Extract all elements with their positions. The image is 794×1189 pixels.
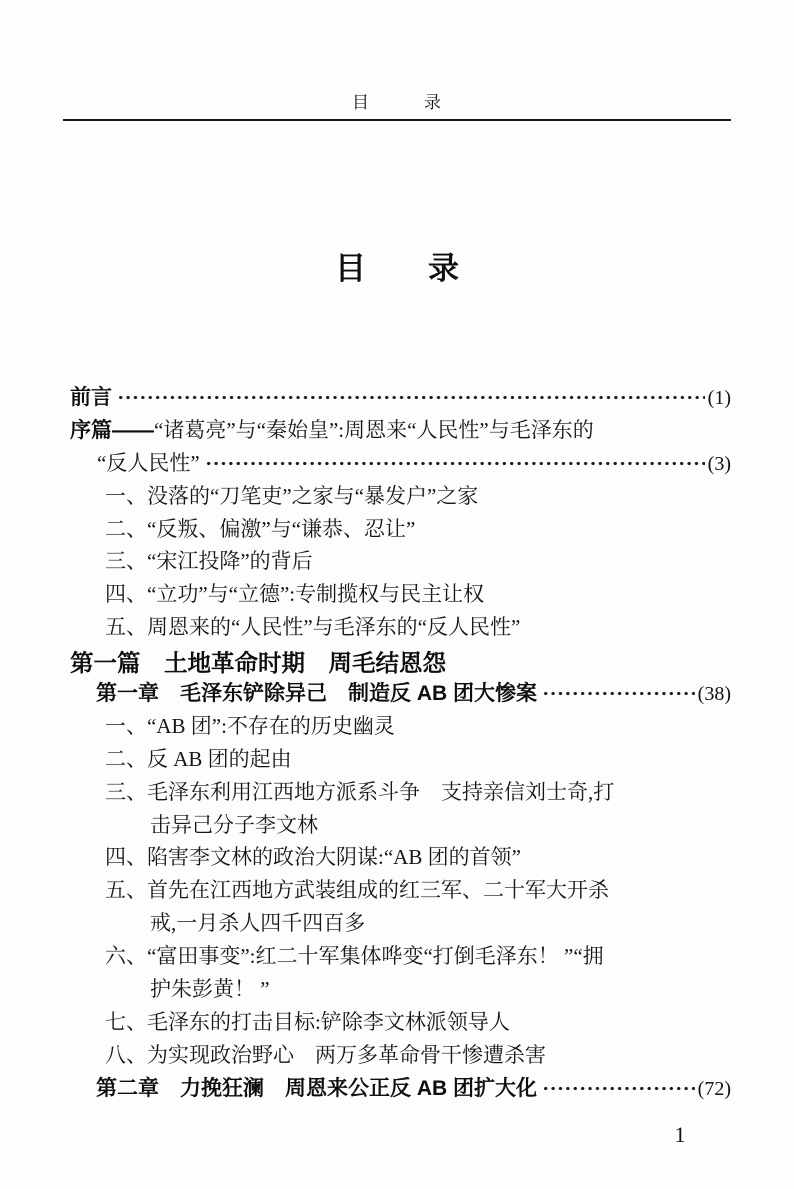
- toc-entry-20: 八、为实现政治野心 两万多革命骨干惨遭杀害: [70, 1039, 731, 1072]
- toc-entry-text: 八、为实现政治野心 两万多革命骨干惨遭杀害: [105, 1039, 546, 1069]
- toc-page-ref: (38): [698, 683, 731, 706]
- toc-entry-7: 五、周恩来的“人民性”与毛泽东的“反人民性”: [70, 611, 731, 644]
- toc-entry-text: 护朱彭黄！ ”: [150, 973, 270, 1003]
- toc-entry-16: 戒,一月杀人四千四百多: [70, 907, 731, 940]
- toc-entry-text: 五、周恩来的“人民性”与毛泽东的“反人民性”: [105, 611, 520, 641]
- toc-entry-11: 二、反 AB 团的起由: [70, 743, 731, 776]
- toc-entry-19: 七、毛泽东的打击目标:铲除李文林派领导人: [70, 1006, 731, 1039]
- toc-entry-21: 第二章 力挽狂澜 周恩来公正反 AB 团扩大化 (72): [70, 1072, 731, 1105]
- toc-entry-18: 护朱彭黄！ ”: [70, 973, 731, 1006]
- toc-entry-text: 戒,一月杀人四千四百多: [150, 907, 365, 937]
- page-number: 1: [655, 1122, 705, 1148]
- toc-page-ref: (3): [708, 453, 731, 476]
- toc-page-ref: (1): [708, 387, 731, 410]
- toc-entry-heading: 第二章 力挽狂澜 周恩来公正反 AB 团扩大化: [96, 1072, 537, 1102]
- toc-entry-text: “反人民性”: [97, 447, 200, 477]
- toc-entry-heading: 前言: [70, 381, 112, 411]
- toc-entry-text: 一、“AB 团”:不存在的历史幽灵: [105, 710, 395, 740]
- toc-entry-3: 一、没落的“刀笔吏”之家与“暴发户”之家: [70, 480, 731, 513]
- dot-leader: [542, 687, 695, 700]
- dot-leader: [542, 1082, 695, 1095]
- toc-entry-heading: 第一篇 土地革命时期 周毛结恩怨: [70, 644, 446, 678]
- toc-entry-0: 前言 (1): [70, 381, 731, 414]
- toc-entry-heading: 序篇——: [70, 414, 154, 444]
- running-header-title: 目 录: [0, 88, 794, 113]
- dot-leader: [205, 457, 705, 470]
- toc-entry-text: “诸葛亮”与“秦始皇”:周恩来“人民性”与毛泽东的: [154, 414, 594, 444]
- toc-entry-text: 一、没落的“刀笔吏”之家与“暴发户”之家: [105, 480, 478, 510]
- toc-entry-text: 二、反 AB 团的起由: [105, 743, 292, 773]
- dot-leader: [117, 391, 705, 404]
- toc-entry-8: 第一篇 土地革命时期 周毛结恩怨: [70, 644, 731, 677]
- toc-entry-2: “反人民性” (3): [70, 447, 731, 480]
- toc-entry-text: 六、“富田事变”:红二十军集体哗变“打倒毛泽东！ ”“拥: [105, 940, 604, 970]
- toc-entry-text: 四、“立功”与“立德”:专制揽权与民主让权: [105, 578, 484, 608]
- toc-entry-9: 第一章 毛泽东铲除异己 制造反 AB 团大惨案 (38): [70, 677, 731, 710]
- toc-entry-15: 五、首先在江西地方武装组成的红三军、二十军大开杀: [70, 874, 731, 907]
- toc-entry-text: 击异己分子李文林: [150, 809, 318, 839]
- toc-entry-12: 三、毛泽东利用江西地方派系斗争 支持亲信刘士奇,打: [70, 776, 731, 809]
- book-toc-page: 目 录 目 录 前言 (1) 序篇—— “诸葛亮”与“秦始皇”:周恩来“人民性”…: [0, 0, 794, 1189]
- toc-page-ref: (72): [698, 1078, 731, 1101]
- toc-entry-text: 三、毛泽东利用江西地方派系斗争 支持亲信刘士奇,打: [105, 776, 614, 806]
- toc-entry-6: 四、“立功”与“立德”:专制揽权与民主让权: [70, 578, 731, 611]
- toc-entry-text: 二、“反叛、偏激”与“谦恭、忍让”: [105, 513, 415, 543]
- toc-entry-13: 击异己分子李文林: [70, 809, 731, 842]
- toc-list: 前言 (1) 序篇—— “诸葛亮”与“秦始皇”:周恩来“人民性”与毛泽东的 “反…: [70, 381, 731, 1105]
- toc-entry-4: 二、“反叛、偏激”与“谦恭、忍让”: [70, 513, 731, 546]
- toc-entry-10: 一、“AB 团”:不存在的历史幽灵: [70, 710, 731, 743]
- toc-entry-text: 五、首先在江西地方武装组成的红三军、二十军大开杀: [105, 874, 609, 904]
- toc-entry-17: 六、“富田事变”:红二十军集体哗变“打倒毛泽东！ ”“拥: [70, 940, 731, 973]
- toc-entry-text: 七、毛泽东的打击目标:铲除李文林派领导人: [105, 1006, 510, 1036]
- toc-entry-14: 四、陷害李文林的政治大阴谋:“AB 团的首领”: [70, 841, 731, 874]
- header-rule: [63, 119, 731, 121]
- toc-entry-heading: 第一章 毛泽东铲除异己 制造反 AB 团大惨案: [96, 677, 537, 707]
- toc-entry-text: 四、陷害李文林的政治大阴谋:“AB 团的首领”: [105, 841, 521, 871]
- toc-entry-text: 三、“宋江投降”的背后: [105, 545, 313, 575]
- toc-entry-1: 序篇—— “诸葛亮”与“秦始皇”:周恩来“人民性”与毛泽东的: [70, 414, 731, 447]
- toc-entry-5: 三、“宋江投降”的背后: [70, 545, 731, 578]
- page-title: 目 录: [0, 243, 794, 288]
